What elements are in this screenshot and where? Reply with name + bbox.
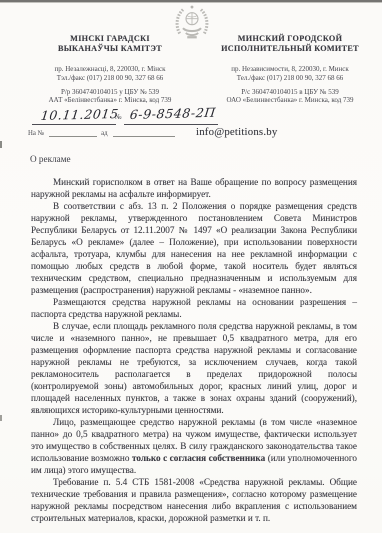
- org-title-by-line2: ВЫКАНАЎЧЫ КАМІТЭТ: [24, 44, 196, 54]
- body-paragraph-2: В соответствии с абз. 13 п. 2 Положения …: [31, 200, 357, 296]
- scan-artifact-mark: [0, 141, 2, 148]
- number-sign-label: №: [115, 113, 122, 121]
- incoming-reference-row: На №ад: [28, 128, 175, 137]
- recipient-email: info@petitions.by: [196, 126, 277, 138]
- subject-line: О рекламе: [30, 154, 71, 164]
- letter-body: Минский горисполком в ответ на Ваше обра…: [31, 176, 357, 524]
- letterhead-belarusian: МІНСКІ ГАРАДСКІ ВЫКАНАЎЧЫ КАМІТЭТ пр. Не…: [24, 34, 196, 105]
- from-date-label: ад: [101, 130, 107, 137]
- org-title-ru-line2: ИСПОЛНИТЕЛЬНЫЙ КОМИТЕТ: [202, 44, 378, 54]
- handwritten-outgoing-number: 6-9-8548-2П: [129, 105, 217, 122]
- blank-line: [49, 128, 97, 137]
- body-paragraph-5: Лицо, размещающее средство наружной рекл…: [31, 416, 357, 476]
- number-underline: [124, 124, 218, 125]
- body-paragraph-3: Размещаются средства наружной рекламы на…: [31, 296, 357, 320]
- org-account-ru: Р/с 3604740104015 в ЦБУ № 539: [202, 88, 378, 97]
- org-phone-ru: Тел./факс (017) 218 00 90, 327 68 66: [202, 74, 378, 83]
- org-phone-by: Тэл./факс (017) 218 00 90, 327 68 66: [24, 74, 196, 83]
- org-bank-by: ААТ «Белінвестбанка» г. Мінска, код 739: [24, 96, 196, 105]
- scanned-letter-page: МІНСКІ ГАРАДСКІ ВЫКАНАЎЧЫ КАМІТЭТ пр. Не…: [0, 0, 382, 533]
- body-paragraph-6: Требование п. 5.4 СТБ 1581-2008 «Средств…: [31, 476, 357, 524]
- org-title-by-line1: МІНСКІ ГАРАДСКІ: [24, 34, 196, 44]
- org-bank-ru: ОАО «Белинвестбанка» г. Минска, код 739: [202, 96, 378, 105]
- on-number-label: На №: [28, 130, 44, 137]
- org-account-by: Р/р 3604740104015 у ЦБУ № 539: [24, 88, 196, 97]
- body-paragraph-1: Минский горисполком в ответ на Ваше обра…: [31, 176, 357, 200]
- paragraph-5-bold-text: только с согласия собственника: [132, 453, 265, 463]
- letterhead-russian: МИНСКИЙ ГОРОДСКОЙ ИСПОЛНИТЕЛЬНЫЙ КОМИТЕТ…: [202, 34, 378, 105]
- org-address-by: пр. Незалежнасці, 8, 220030, г. Мінск: [24, 65, 196, 74]
- scan-edge-line-light: [0, 2, 382, 3]
- date-underline: [32, 124, 116, 125]
- handwritten-date: 10.11.2015: [40, 106, 120, 123]
- org-title-ru-line1: МИНСКИЙ ГОРОДСКОЙ: [202, 34, 378, 44]
- body-paragraph-4: В случае, если площадь рекламного поля с…: [31, 320, 357, 416]
- scan-artifact-mark: [0, 415, 2, 421]
- org-address-ru: пр. Независимости, 8, 220030, г. Минск: [202, 65, 378, 74]
- reference-block: 10.11.2015 № 6-9-8548-2П: [30, 107, 202, 143]
- blank-line: [113, 128, 175, 137]
